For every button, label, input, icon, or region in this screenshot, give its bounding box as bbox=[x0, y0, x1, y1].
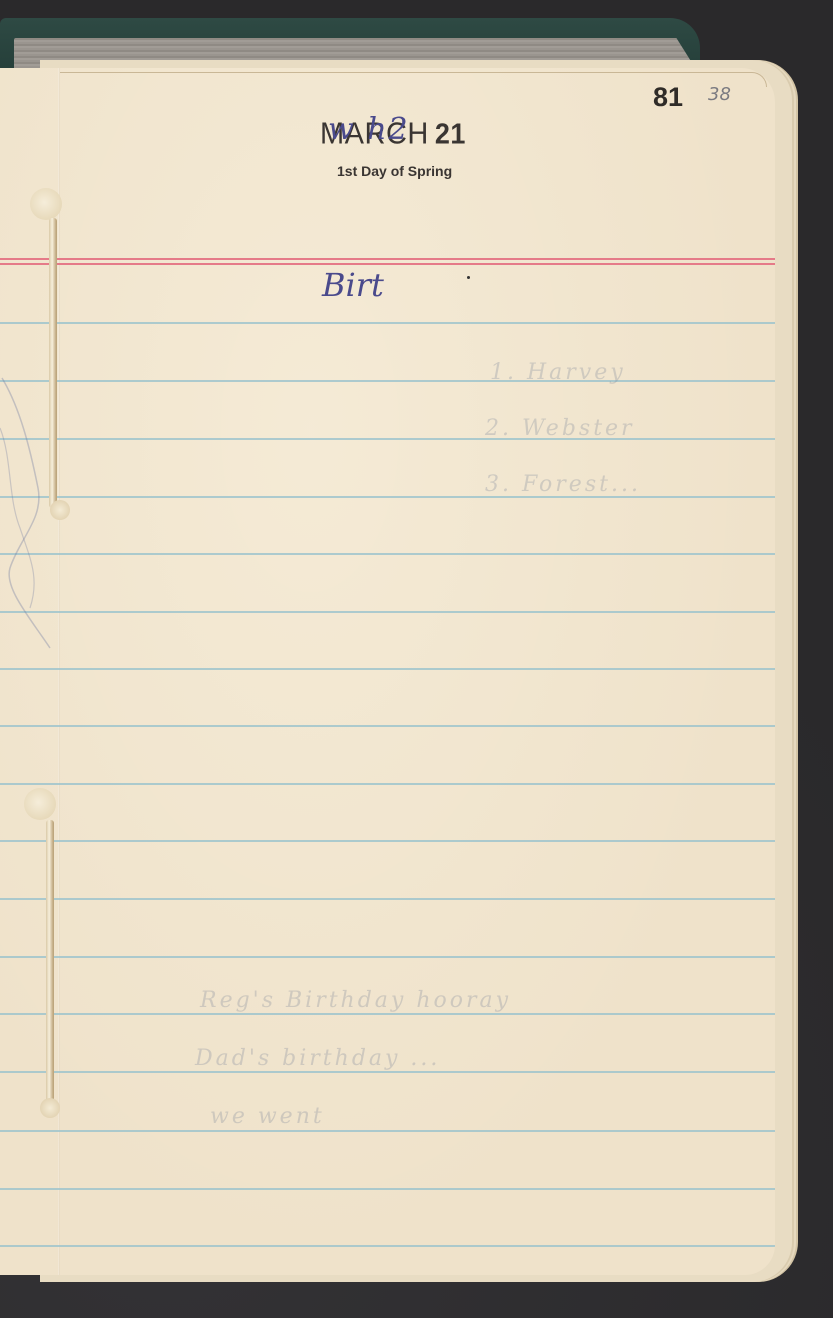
faint-entry: we went bbox=[210, 1104, 325, 1129]
blue-rule bbox=[0, 496, 775, 498]
staple-foot-bottom bbox=[40, 1098, 60, 1118]
pencil-annotation: 38 bbox=[708, 84, 731, 105]
faint-entry: 2. Webster bbox=[485, 416, 635, 441]
staple-head-top bbox=[30, 188, 62, 220]
diary-page: 1. Harvey 2. Webster 3. Forest... Reg's … bbox=[0, 68, 775, 1275]
blue-rule bbox=[0, 668, 775, 670]
page-number: 81 bbox=[653, 82, 683, 113]
blue-rule bbox=[0, 898, 775, 900]
blue-rule bbox=[0, 611, 775, 613]
blue-rule bbox=[0, 1130, 775, 1132]
blue-rule bbox=[0, 322, 775, 324]
red-rule-1 bbox=[0, 258, 775, 260]
blue-rule bbox=[0, 956, 775, 958]
binding-fold bbox=[58, 68, 60, 1275]
blue-rule bbox=[0, 1245, 775, 1247]
red-rule-2 bbox=[0, 263, 775, 265]
blue-rule bbox=[0, 380, 775, 382]
faint-entry: Reg's Birthday hooray bbox=[200, 988, 511, 1013]
faint-entry: 3. Forest... bbox=[485, 472, 641, 497]
blue-rule bbox=[0, 840, 775, 842]
blue-rule bbox=[0, 553, 775, 555]
staple-top bbox=[49, 218, 57, 508]
staple-bottom bbox=[46, 820, 54, 1110]
blue-rule bbox=[0, 1188, 775, 1190]
handwriting-below-header: Birt bbox=[322, 266, 384, 304]
ink-dot bbox=[467, 276, 470, 279]
blue-rule bbox=[0, 1013, 775, 1015]
day: 21 bbox=[435, 118, 466, 150]
faint-entry: Dad's birthday ... bbox=[195, 1046, 440, 1071]
blue-rule bbox=[0, 725, 775, 727]
blue-rule bbox=[0, 783, 775, 785]
date-subtitle: 1st Day of Spring bbox=[337, 163, 452, 179]
blue-rule bbox=[0, 438, 775, 440]
staple-foot-top bbox=[50, 500, 70, 520]
faint-entry: 1. Harvey bbox=[490, 360, 626, 385]
handwriting-above-header: w h2 bbox=[328, 112, 410, 147]
staple-head-bottom bbox=[24, 788, 56, 820]
blue-rule bbox=[0, 1071, 775, 1073]
